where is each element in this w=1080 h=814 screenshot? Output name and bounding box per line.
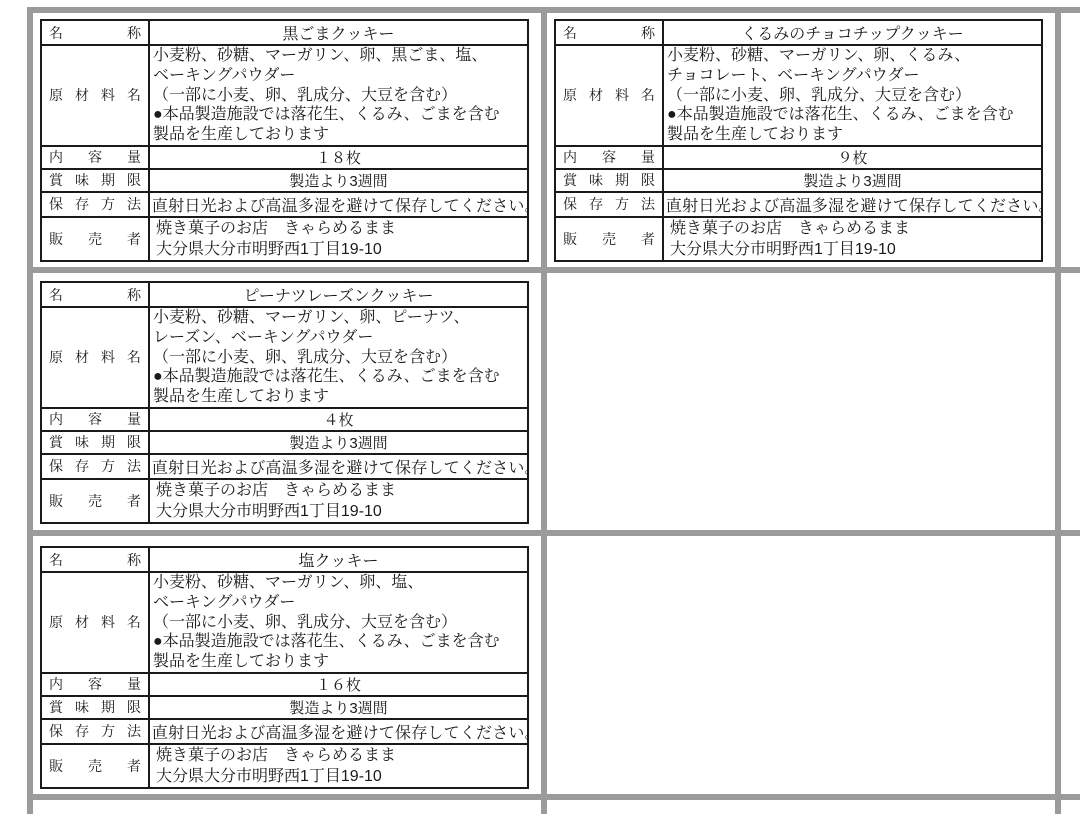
sheet-grid-line-horizontal — [27, 530, 1080, 536]
net-amount: １８枚 — [149, 146, 528, 169]
best-before: 製造より3週間 — [149, 431, 528, 454]
field-label-name: 名称 — [41, 20, 149, 45]
field-label-expiry: 賞味期限 — [41, 696, 149, 719]
field-label-expiry: 賞味期限 — [41, 169, 149, 192]
field-label-ingredients: 原材料名 — [555, 45, 663, 146]
food-label-table-kurumi-chocochip: 名称 くるみのチョコチップクッキー 原材料名 小麦粉、砂糖、マーガリン、卵、くる… — [554, 19, 1043, 262]
seller-info: 焼き菓子のお店 きゃらめるまま 大分県大分市明野西1丁目19-10 — [663, 217, 1042, 261]
best-before: 製造より3週間 — [663, 169, 1042, 192]
field-label-name: 名称 — [555, 20, 663, 45]
field-label-amount: 内容量 — [41, 408, 149, 431]
seller-info: 焼き菓子のお店 きゃらめるまま 大分県大分市明野西1丁目19-10 — [149, 744, 528, 788]
ingredients-text: 小麦粉、砂糖、マーガリン、卵、くるみ、 チョコレート、ベーキングパウダー （一部… — [663, 45, 1042, 146]
storage-instructions: 直射日光および高温多湿を避けて保存してください。 — [149, 192, 528, 217]
seller-info: 焼き菓子のお店 きゃらめるまま 大分県大分市明野西1丁目19-10 — [149, 479, 528, 523]
food-label-table-kurogoma: 名称 黒ごまクッキー 原材料名 小麦粉、砂糖、マーガリン、卵、黒ごま、塩、 ベー… — [40, 19, 529, 262]
ingredients-text: 小麦粉、砂糖、マーガリン、卵、黒ごま、塩、 ベーキングパウダー （一部に小麦、卵… — [149, 45, 528, 146]
field-label-seller: 販売者 — [41, 479, 149, 523]
food-label-table-peanut-raisin: 名称 ピーナツレーズンクッキー 原材料名 小麦粉、砂糖、マーガリン、卵、ピーナツ… — [40, 281, 529, 524]
best-before: 製造より3週間 — [149, 169, 528, 192]
field-label-expiry: 賞味期限 — [555, 169, 663, 192]
storage-instructions: 直射日光および高温多湿を避けて保存してください。 — [149, 454, 528, 479]
field-label-seller: 販売者 — [41, 217, 149, 261]
field-label-storage: 保存方法 — [41, 719, 149, 744]
field-label-ingredients: 原材料名 — [41, 572, 149, 673]
sheet-grid-line-vertical — [27, 7, 33, 814]
field-label-amount: 内容量 — [555, 146, 663, 169]
field-label-amount: 内容量 — [41, 146, 149, 169]
field-label-name: 名称 — [41, 282, 149, 307]
net-amount: ４枚 — [149, 408, 528, 431]
field-label-name: 名称 — [41, 547, 149, 572]
field-label-seller: 販売者 — [555, 217, 663, 261]
storage-instructions: 直射日光および高温多湿を避けて保存してください。 — [663, 192, 1042, 217]
storage-instructions: 直射日光および高温多湿を避けて保存してください。 — [149, 719, 528, 744]
seller-info: 焼き菓子のお店 きゃらめるまま 大分県大分市明野西1丁目19-10 — [149, 217, 528, 261]
field-label-storage: 保存方法 — [41, 454, 149, 479]
field-label-ingredients: 原材料名 — [41, 307, 149, 408]
field-label-seller: 販売者 — [41, 744, 149, 788]
sheet-grid-line-horizontal — [27, 7, 1080, 13]
food-label-table-shio: 名称 塩クッキー 原材料名 小麦粉、砂糖、マーガリン、卵、塩、 ベーキングパウダ… — [40, 546, 529, 789]
sheet-grid-line-vertical — [1055, 7, 1061, 814]
best-before: 製造より3週間 — [149, 696, 528, 719]
net-amount: １６枚 — [149, 673, 528, 696]
product-name: くるみのチョコチップクッキー — [663, 20, 1042, 45]
product-name: 塩クッキー — [149, 547, 528, 572]
ingredients-text: 小麦粉、砂糖、マーガリン、卵、ピーナツ、 レーズン、ベーキングパウダー （一部に… — [149, 307, 528, 408]
sheet-grid-line-horizontal — [27, 794, 1080, 800]
ingredients-text: 小麦粉、砂糖、マーガリン、卵、塩、 ベーキングパウダー （一部に小麦、卵、乳成分… — [149, 572, 528, 673]
field-label-storage: 保存方法 — [555, 192, 663, 217]
label-print-sheet: 名称 黒ごまクッキー 原材料名 小麦粉、砂糖、マーガリン、卵、黒ごま、塩、 ベー… — [0, 0, 1080, 814]
field-label-ingredients: 原材料名 — [41, 45, 149, 146]
product-name: ピーナツレーズンクッキー — [149, 282, 528, 307]
field-label-expiry: 賞味期限 — [41, 431, 149, 454]
net-amount: ９枚 — [663, 146, 1042, 169]
sheet-grid-line-horizontal — [27, 267, 1080, 273]
sheet-grid-line-vertical — [541, 7, 547, 814]
product-name: 黒ごまクッキー — [149, 20, 528, 45]
field-label-amount: 内容量 — [41, 673, 149, 696]
field-label-storage: 保存方法 — [41, 192, 149, 217]
